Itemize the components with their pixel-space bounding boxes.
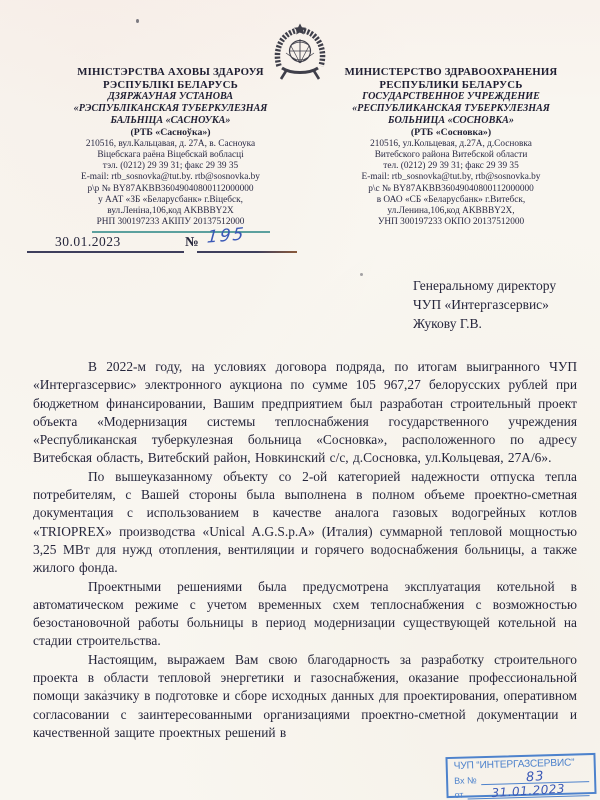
phone-line: тэл. (0212) 29 39 31; факс 29 39 35 [28,161,313,172]
letter-date: 30.01.2023 [55,234,121,250]
incoming-stamp: ЧУП “ИНТЕРГАЗСЕРВИС” Вх № 83 от 31.01.20… [445,753,596,798]
stamp-incoming-number-handwritten: 83 [525,771,544,783]
recipient-company: ЧУП «Интергазсервис» [413,295,556,314]
phone-line: тел. (0212) 29 39 31; факс 29 39 35 [316,161,586,172]
address-line: 210516, вул.Кальцавая, д. 27А, в. Сасноу… [28,139,313,150]
letterhead-right: МИНИСТЕРСТВО ЗДРАВООХРАНЕНИЯ РЕСПУБЛИКИ … [316,66,586,228]
org-name-line: БАЛЬНІЦА «САСНОУКА» [28,115,313,127]
address-line: Витебского района Витебской области [316,150,586,161]
scan-speck [104,690,106,692]
bank-name-line: в ОАО «СБ «Беларусбанк» г.Витебск, [316,195,586,206]
scan-speck [360,273,363,276]
date-underline [27,251,184,253]
org-name-line: ДЗЯРЖАУНАЯ УСТАНОВА [28,91,313,103]
letter-body: В 2022-м году, на условиях договора подр… [33,358,577,742]
org-name-line: «РЭСПУБЛІКАНСКАЯ ТУБЕРКУЛЕЗНАЯ [28,103,313,115]
org-name-line: РЭСПУБЛІКІ БЕЛАРУСЬ [28,79,313,92]
bank-name-line: у ААТ «ЗБ «Беларусбанк» г.Віцебск, [28,195,313,206]
stamp-incoming-number-label: Вх № [454,775,481,786]
number-sign-label: № [185,234,199,250]
recipient-title: Генеральному директору [413,276,556,295]
registration-numbers-line: РНП 300197233 АКІПУ 20137512000 [28,217,313,228]
body-paragraph: В 2022-м году, на условиях договора подр… [33,358,577,468]
org-short-name: (РТБ «Сосновка») [316,127,586,139]
address-line: 210516, ул.Кольцевая, д.27А, д.Сосновка [316,139,586,150]
scan-speck [136,19,139,23]
stamp-date-label: от [454,790,467,800]
body-paragraph: По вышеуказанному объекту со 2-ой катего… [33,468,577,578]
email-line: E-mail: rtb_sosnovka@tut.by. rtb@sosnovk… [28,172,313,183]
stamp-date-handwritten: 31.01.2023 [491,783,565,799]
org-short-name: (РТБ «Сасноўка») [28,127,313,139]
body-paragraph: Проектными решениями была предусмотрена … [33,578,577,651]
org-name-line: МИНИСТЕРСТВО ЗДРАВООХРАНЕНИЯ [316,66,586,79]
org-name-line: «РЕСПУБЛИКАНСКАЯ ТУБЕРКУЛЕЗНАЯ [316,103,586,115]
body-paragraph: Настоящим, выражаем Вам свою благодарнос… [33,651,577,742]
email-line: E-mail: rtb_sosnovka@tut.by, rtb@sosnovk… [316,172,586,183]
org-name-line: ГОСУДАРСТВЕННОЕ УЧРЕЖДЕНИЕ [316,91,586,103]
org-name-line: МІНІСТЭРСТВА АХОВЫ ЗДАРОУЯ [28,66,313,79]
outgoing-number-handwritten: 195 [206,224,246,248]
bank-address-line: вул.Леніна,106,код AKBBBY2X [28,206,313,217]
bank-address-line: ул.Ленина,106,код AKBBBY2X, [316,206,586,217]
org-name-line: РЕСПУБЛИКИ БЕЛАРУСЬ [316,79,586,92]
bank-account-line: р\с № BY87AKBB36049040800112000000 [316,184,586,195]
address-line: Віцебскага раёна Віцебскай вобласці [28,150,313,161]
letterhead-left: МІНІСТЭРСТВА АХОВЫ ЗДАРОУЯ РЭСПУБЛІКІ БЕ… [28,66,313,228]
scanned-letter-page: МІНІСТЭРСТВА АХОВЫ ЗДАРОУЯ РЭСПУБЛІКІ БЕ… [0,0,600,800]
recipient-name: Жукову Г.В. [413,314,556,333]
registration-numbers-line: УНП 300197233 ОКПО 20137512000 [316,217,586,228]
bank-account-line: р\р № BY87AKBB36049040800112000000 [28,184,313,195]
recipient-block: Генеральному директору ЧУП «Интергазсерв… [413,276,556,333]
org-name-line: БОЛЬНИЦА «СОСНОВКА» [316,115,586,127]
number-underline [197,251,297,253]
